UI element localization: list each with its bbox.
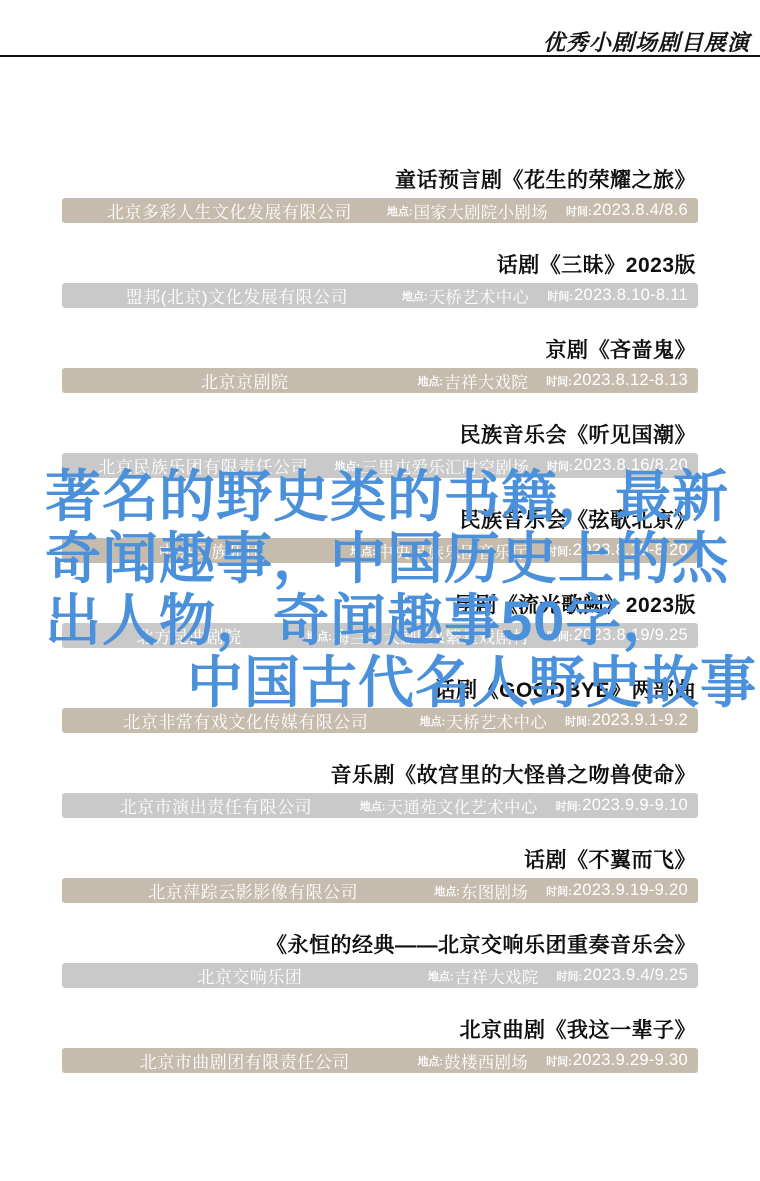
venue-value: 天桥艺术中心	[429, 284, 530, 308]
time-value: 2023.8.4/8.6	[593, 201, 688, 220]
program-entry: 话剧《不翼而飞》 北京萍踪云影影像有限公司 地点:东图剧场 时间:2023.9.…	[62, 848, 698, 903]
venue-value: 吉祥大戏院	[444, 369, 528, 393]
time-label: 时间:	[565, 713, 591, 729]
program-entry: 童话预言剧《花生的荣耀之旅》 北京多彩人生文化发展有限公司 地点:国家大剧院小剧…	[62, 168, 698, 223]
program-info-bar: 北京市曲剧团有限责任公司 地点:鼓楼西剧场 时间:2023.9.29-9.30	[62, 1048, 698, 1073]
program-title: 话剧《三昧》2023版	[62, 253, 698, 279]
overlay-line: 中国古代名人野史故事	[45, 652, 757, 714]
page-title: 优秀小剧场剧目展演	[0, 26, 750, 57]
program-title: 京剧《吝啬鬼》	[62, 338, 698, 364]
venue-value: 吉祥大戏院	[455, 964, 539, 988]
overlay-line: 奇闻趣事，中国历史上的杰	[45, 528, 757, 590]
program-entry: 话剧《三昧》2023版 盟邦(北京)文化发展有限公司 地点:天桥艺术中心 时间:…	[62, 253, 698, 308]
program-entry: 京剧《吝啬鬼》 北京京剧院 地点:吉祥大戏院 时间:2023.8.12-8.13	[62, 338, 698, 393]
time-value: 2023.9.19-9.20	[573, 881, 688, 900]
program-title: 童话预言剧《花生的荣耀之旅》	[62, 168, 698, 194]
time-label: 时间:	[546, 1053, 572, 1069]
venue-label: 地点:	[387, 203, 413, 219]
time: 时间:2023.9.29-9.30	[546, 1051, 688, 1070]
venue: 地点:东图剧场	[434, 879, 528, 903]
program-title: 民族音乐会《听见国潮》	[62, 423, 698, 449]
program-title: 话剧《不翼而飞》	[62, 848, 698, 874]
venue: 地点:天通苑文化艺术中心	[360, 794, 538, 818]
time-label: 时间:	[546, 373, 572, 389]
venue-label: 地点:	[428, 968, 454, 984]
venue-label: 地点:	[402, 288, 428, 304]
time: 时间:2023.9.4/9.25	[557, 966, 689, 985]
time-value: 2023.9.9-9.10	[582, 796, 688, 815]
program-info-bar: 北京萍踪云影影像有限公司 地点:东图剧场 时间:2023.9.19-9.20	[62, 878, 698, 903]
venue: 地点:天桥艺术中心	[402, 284, 529, 308]
header-divider	[0, 55, 760, 57]
time-label: 时间:	[556, 798, 582, 814]
time-value: 2023.8.12-8.13	[573, 371, 688, 390]
program-info-bar: 北京交响乐团 地点:吉祥大戏院 时间:2023.9.4/9.25	[62, 963, 698, 988]
program-page: 优秀小剧场剧目展演 童话预言剧《花生的荣耀之旅》 北京多彩人生文化发展有限公司 …	[0, 0, 760, 1181]
venue: 地点:吉祥大戏院	[428, 964, 539, 988]
company-name: 北京多彩人生文化发展有限公司	[72, 198, 387, 223]
program-title: 音乐剧《故宫里的大怪兽之吻兽使命》	[62, 763, 698, 789]
venue-value: 天通苑文化艺术中心	[386, 794, 537, 818]
time: 时间:2023.8.10-8.11	[547, 286, 688, 305]
company-name: 盟邦(北京)文化发展有限公司	[72, 283, 402, 308]
company-name: 北京市演出责任有限公司	[72, 793, 360, 818]
time: 时间:2023.8.12-8.13	[546, 371, 688, 390]
venue-label: 地点:	[420, 713, 446, 729]
program-entry: 北京曲剧《我这一辈子》 北京市曲剧团有限责任公司 地点:鼓楼西剧场 时间:202…	[62, 1018, 698, 1073]
venue-label: 地点:	[360, 798, 386, 814]
venue-value: 东图剧场	[461, 879, 528, 903]
program-info-bar: 北京多彩人生文化发展有限公司 地点:国家大剧院小剧场 时间:2023.8.4/8…	[62, 198, 698, 223]
time-value: 2023.9.4/9.25	[583, 966, 688, 985]
time: 时间:2023.8.4/8.6	[566, 201, 688, 220]
venue-label: 地点:	[434, 883, 460, 899]
program-info-bar: 北京市演出责任有限公司 地点:天通苑文化艺术中心 时间:2023.9.9-9.1…	[62, 793, 698, 818]
overlay-text: 著名的野史类的书籍，最新 奇闻趣事，中国历史上的杰 出人物，奇闻趣事50字， 中…	[45, 466, 757, 714]
venue-label: 地点:	[417, 1053, 443, 1069]
program-title: 《永恒的经典——北京交响乐团重奏音乐会》	[62, 933, 698, 959]
time: 时间:2023.9.9-9.10	[556, 796, 688, 815]
time-value: 2023.9.29-9.30	[573, 1051, 688, 1070]
program-entry: 《永恒的经典——北京交响乐团重奏音乐会》 北京交响乐团 地点:吉祥大戏院 时间:…	[62, 933, 698, 988]
time-label: 时间:	[557, 968, 583, 984]
program-info-bar: 盟邦(北京)文化发展有限公司 地点:天桥艺术中心 时间:2023.8.10-8.…	[62, 283, 698, 308]
program-info-bar: 北京京剧院 地点:吉祥大戏院 时间:2023.8.12-8.13	[62, 368, 698, 393]
time-label: 时间:	[566, 203, 592, 219]
program-title: 北京曲剧《我这一辈子》	[62, 1018, 698, 1044]
time-value: 2023.8.10-8.11	[574, 286, 688, 305]
company-name: 北京京剧院	[72, 368, 417, 393]
overlay-line: 著名的野史类的书籍，最新	[45, 466, 757, 528]
time-label: 时间:	[547, 288, 573, 304]
program-entry: 音乐剧《故宫里的大怪兽之吻兽使命》 北京市演出责任有限公司 地点:天通苑文化艺术…	[62, 763, 698, 818]
venue: 地点:国家大剧院小剧场	[387, 199, 548, 223]
venue: 地点:吉祥大戏院	[417, 369, 528, 393]
time: 时间:2023.9.19-9.20	[546, 881, 688, 900]
venue-value: 国家大剧院小剧场	[414, 199, 548, 223]
company-name: 北京交响乐团	[72, 963, 428, 988]
venue-label: 地点:	[417, 373, 443, 389]
venue: 地点:鼓楼西剧场	[417, 1049, 528, 1073]
company-name: 北京萍踪云影影像有限公司	[72, 878, 434, 903]
venue-value: 鼓楼西剧场	[444, 1049, 528, 1073]
company-name: 北京市曲剧团有限责任公司	[72, 1048, 417, 1073]
time-label: 时间:	[546, 883, 572, 899]
overlay-line: 出人物，奇闻趣事50字，	[45, 590, 757, 652]
